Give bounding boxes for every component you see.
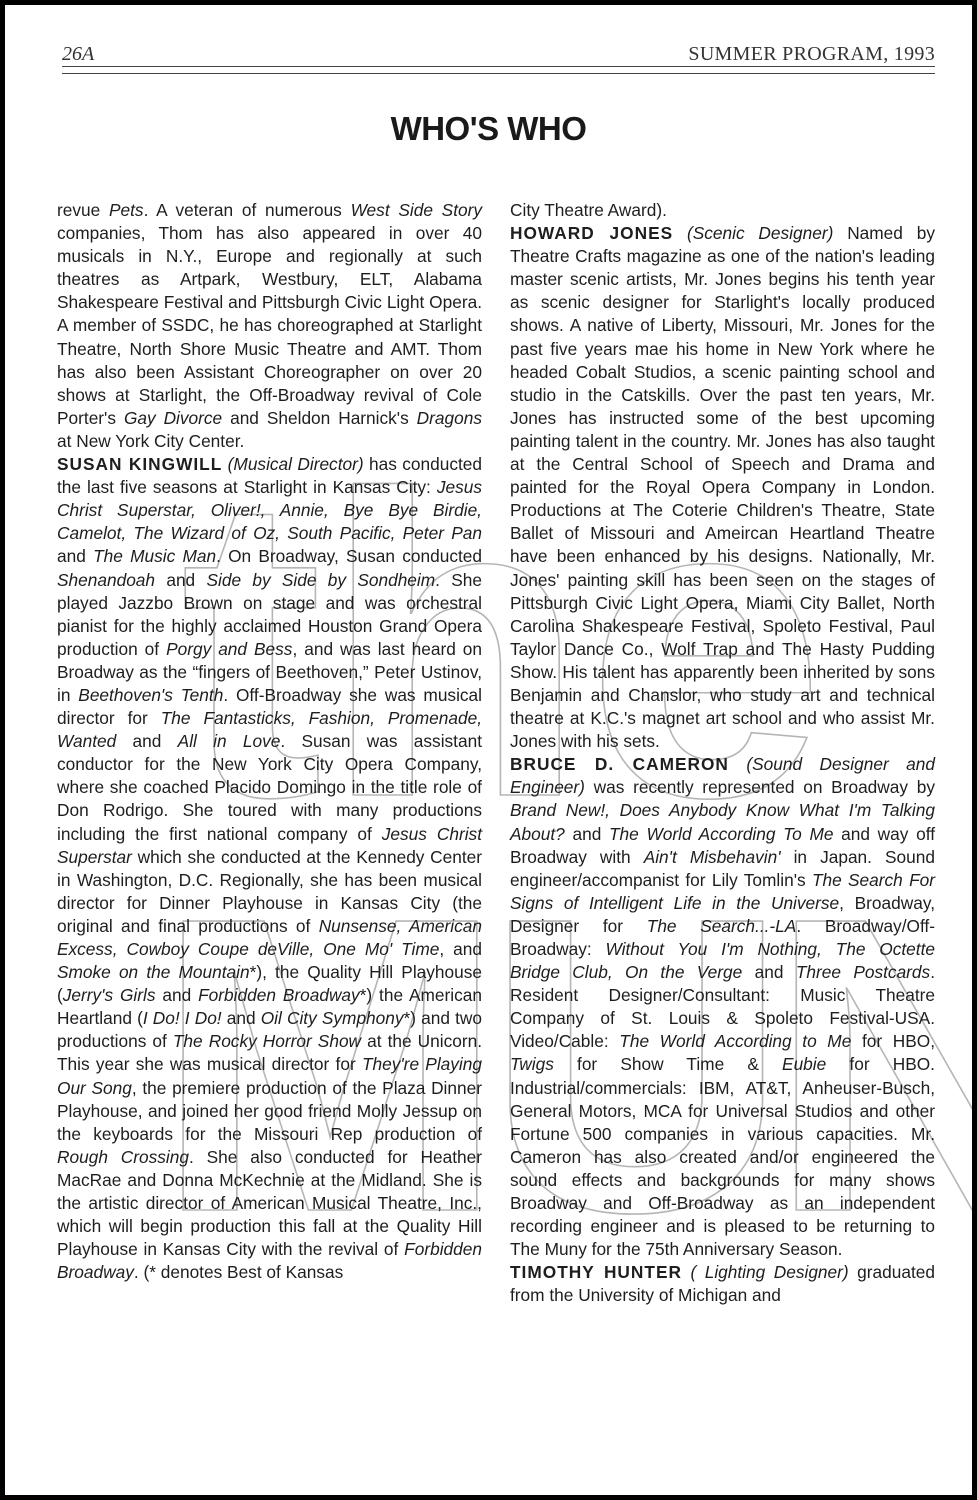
italic-title: Beethoven's Tenth [78,685,223,705]
italic-title: The Rocky Horror Show [173,1031,361,1051]
italic-title: Jesus Christ Superstar [57,824,482,867]
italic-title: Shenandoah [57,570,155,590]
bio-name: TIMOTHY HUNTER [510,1262,682,1282]
bio-entry: SUSAN KINGWILL (Musical Director) has co… [57,453,482,1284]
italic-title: Jerry's Girls [63,985,156,1005]
header-rule-top [62,66,935,67]
italic-title: The Music Man [93,546,216,566]
italic-title: Ain't Misbehavin' [644,847,781,867]
italic-title: Pets [109,200,144,220]
italic-title: They're Playing Our Song [57,1054,482,1097]
italic-title: Smoke on the Mountain [57,962,250,982]
italic-title: The Search...-LA [647,916,797,936]
italic-title: Dragons [417,408,482,428]
italic-title: The World According To Me [609,824,833,844]
page-number: 26A [62,43,94,66]
italic-title: Rough Crossing [57,1147,189,1167]
italic-title: Three Postcards [796,962,930,982]
italic-title: Twigs [510,1054,554,1074]
italic-title: All in Love [178,731,281,751]
page-title: WHO'S WHO [5,110,972,148]
bio-entry: TIMOTHY HUNTER ( Lighting Designer) grad… [510,1261,935,1307]
italic-title: Gay Divorce [124,408,222,428]
continued-bio: City Theatre Award). [510,199,935,222]
bio-role: (Scenic Designer) [673,223,833,243]
italic-title: Side by Side by Sondheim [206,570,435,590]
left-column: revue Pets. A veteran of numerous West S… [57,199,482,1284]
italic-title: West Side Story [351,200,482,220]
running-head: SUMMER PROGRAM, 1993 [688,43,935,66]
italic-title: Oil City Symphony [261,1008,404,1028]
italic-title: Porgy and Bess [166,639,292,659]
continued-bio: revue Pets. A veteran of numerous West S… [57,199,482,453]
page-header: 26A SUMMER PROGRAM, 1993 [62,43,935,73]
bio-name: HOWARD JONES [510,223,673,243]
right-column: City Theatre Award). HOWARD JONES (Sceni… [510,199,935,1308]
bio-entry: BRUCE D. CAMERON (Sound Designer and Eng… [510,753,935,1261]
italic-title: Forbidden Broadway [57,1239,482,1282]
italic-title: Forbidden Broadway [198,985,360,1005]
left-bios: SUSAN KINGWILL (Musical Director) has co… [57,453,482,1284]
italic-title: The Search For Signs of Intelligent Life… [510,870,935,913]
italic-title: Eubie [782,1054,826,1074]
bio-name: BRUCE D. CAMERON [510,754,729,774]
italic-title: The World According to Me [619,1031,851,1051]
right-bios: HOWARD JONES (Scenic Designer) Named by … [510,222,935,1307]
bio-name: SUSAN KINGWILL [57,454,222,474]
bio-role: ( Lighting Designer) [682,1262,849,1282]
header-rule-bottom [62,73,935,74]
italic-title: I Do! I Do! [143,1008,222,1028]
bio-entry: HOWARD JONES (Scenic Designer) Named by … [510,222,935,753]
bio-role: (Musical Director) [222,454,363,474]
program-page: 26A SUMMER PROGRAM, 1993 WHO'S WHO the M… [5,5,972,1495]
italic-title: Nunsense, American Excess, Cowboy Coupe … [57,916,482,959]
italic-title: Jesus Christ Superstar, Oliver!, Annie, … [57,477,482,543]
